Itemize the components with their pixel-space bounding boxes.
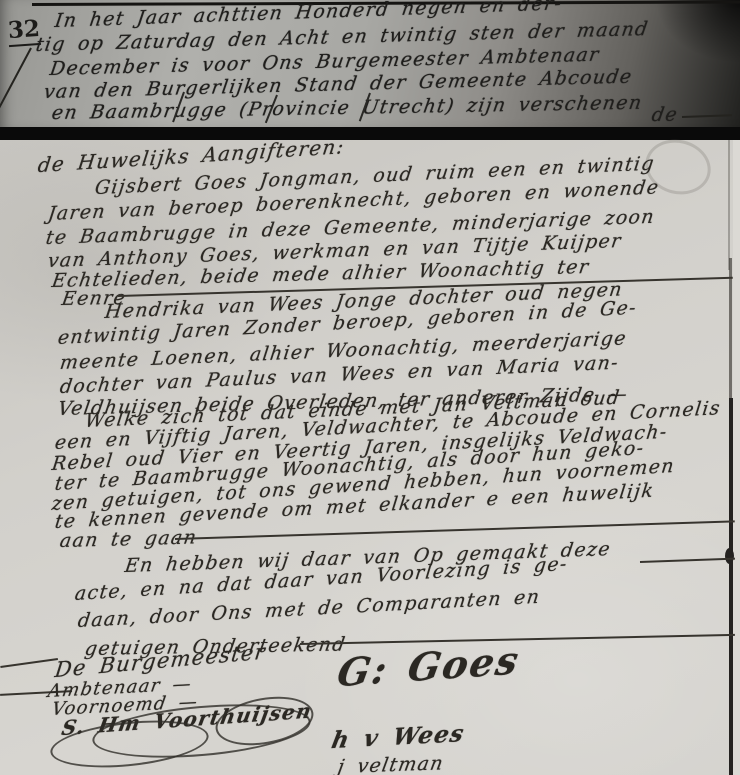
bride-signature: h v Wees bbox=[329, 720, 467, 754]
page-edge-strip bbox=[733, 140, 740, 775]
flourish-stroke bbox=[0, 658, 58, 668]
page-fold-line bbox=[728, 140, 730, 270]
scan-divider bbox=[0, 127, 740, 140]
page-fold-blemish bbox=[725, 548, 734, 564]
document-body: de Huwelijks Aangifteren: Gijsbert Goes … bbox=[0, 140, 740, 775]
page-fold-line bbox=[729, 258, 732, 403]
ink-rule bbox=[175, 520, 735, 540]
page-fold-line bbox=[729, 398, 733, 775]
flourish-stroke bbox=[0, 48, 32, 113]
witness-signature: j veltman bbox=[336, 752, 446, 775]
header-band: 32 In het Jaar achttien Honderd negen en… bbox=[0, 0, 740, 127]
flourish-dash bbox=[682, 114, 732, 118]
flourish-dash bbox=[640, 558, 735, 563]
header-trailing-word: de bbox=[650, 104, 680, 127]
document-scan: 32 In het Jaar achttien Honderd negen en… bbox=[0, 0, 740, 775]
groom-signature: G: Goes bbox=[334, 637, 524, 695]
